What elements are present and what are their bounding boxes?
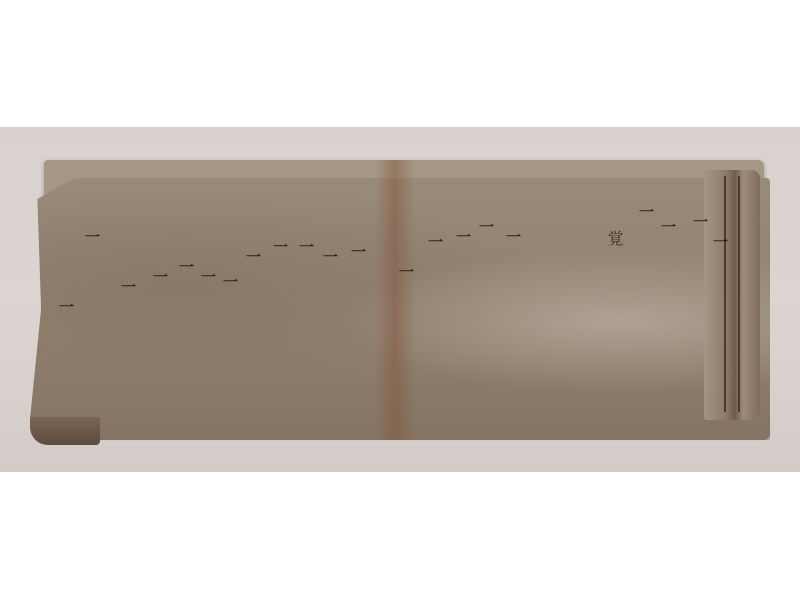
calligraphy-column: 一 [298, 210, 314, 284]
calligraphy-column: 一 [322, 210, 338, 304]
calligraphy-column: 一 [638, 190, 654, 234]
calligraphy-column: 一 [120, 235, 136, 339]
calligraphy-column: 一 [350, 205, 366, 299]
list-marker: 一 [152, 269, 168, 285]
list-marker: 一 [427, 234, 443, 250]
calligraphy-column: 一 [222, 205, 238, 359]
list-marker: 一 [350, 244, 366, 260]
calligraphy-column: 一 [398, 200, 414, 344]
calligraphy-column: 一 [505, 180, 521, 294]
calligraphy-column: 一 [152, 220, 168, 334]
list-marker: 一 [455, 229, 471, 245]
list-marker: 一 [660, 219, 676, 235]
list-marker: 一 [58, 299, 74, 315]
list-marker: 一 [84, 229, 100, 245]
list-marker: 一 [322, 249, 338, 265]
list-marker: 一 [398, 264, 414, 280]
calligraphy-column: 一 [712, 180, 728, 304]
list-marker: 一 [638, 204, 654, 220]
folded-corner [30, 417, 100, 445]
calligraphy-column: 一 [478, 180, 494, 274]
list-marker: 一 [200, 269, 216, 285]
list-marker: 一 [272, 239, 288, 255]
list-marker: 一 [478, 219, 494, 235]
calligraphy-column: 一 [660, 190, 676, 264]
list-marker: 一 [120, 279, 136, 295]
calligraphy-column: 一 [427, 195, 443, 289]
list-marker: 一 [712, 234, 728, 250]
calligraphy-column: 一 [178, 210, 194, 324]
list-marker: 一 [505, 229, 521, 245]
calligraphy-column: 一 [692, 180, 708, 264]
list-marker: 一 [222, 274, 238, 290]
calligraphy-column: 一 [455, 180, 471, 294]
title-mark: 覚 [603, 230, 626, 246]
list-marker: 一 [245, 249, 261, 265]
list-marker: 一 [178, 259, 194, 275]
calligraphy-column: 一 [58, 230, 74, 384]
calligraphy-column: 一 [200, 200, 216, 354]
calligraphy-column: 一 [272, 210, 288, 284]
list-marker: 一 [298, 239, 314, 255]
calligraphy-column: 一 [84, 215, 100, 259]
calligraphy-column: 一 [245, 210, 261, 304]
list-marker: 一 [692, 214, 708, 230]
